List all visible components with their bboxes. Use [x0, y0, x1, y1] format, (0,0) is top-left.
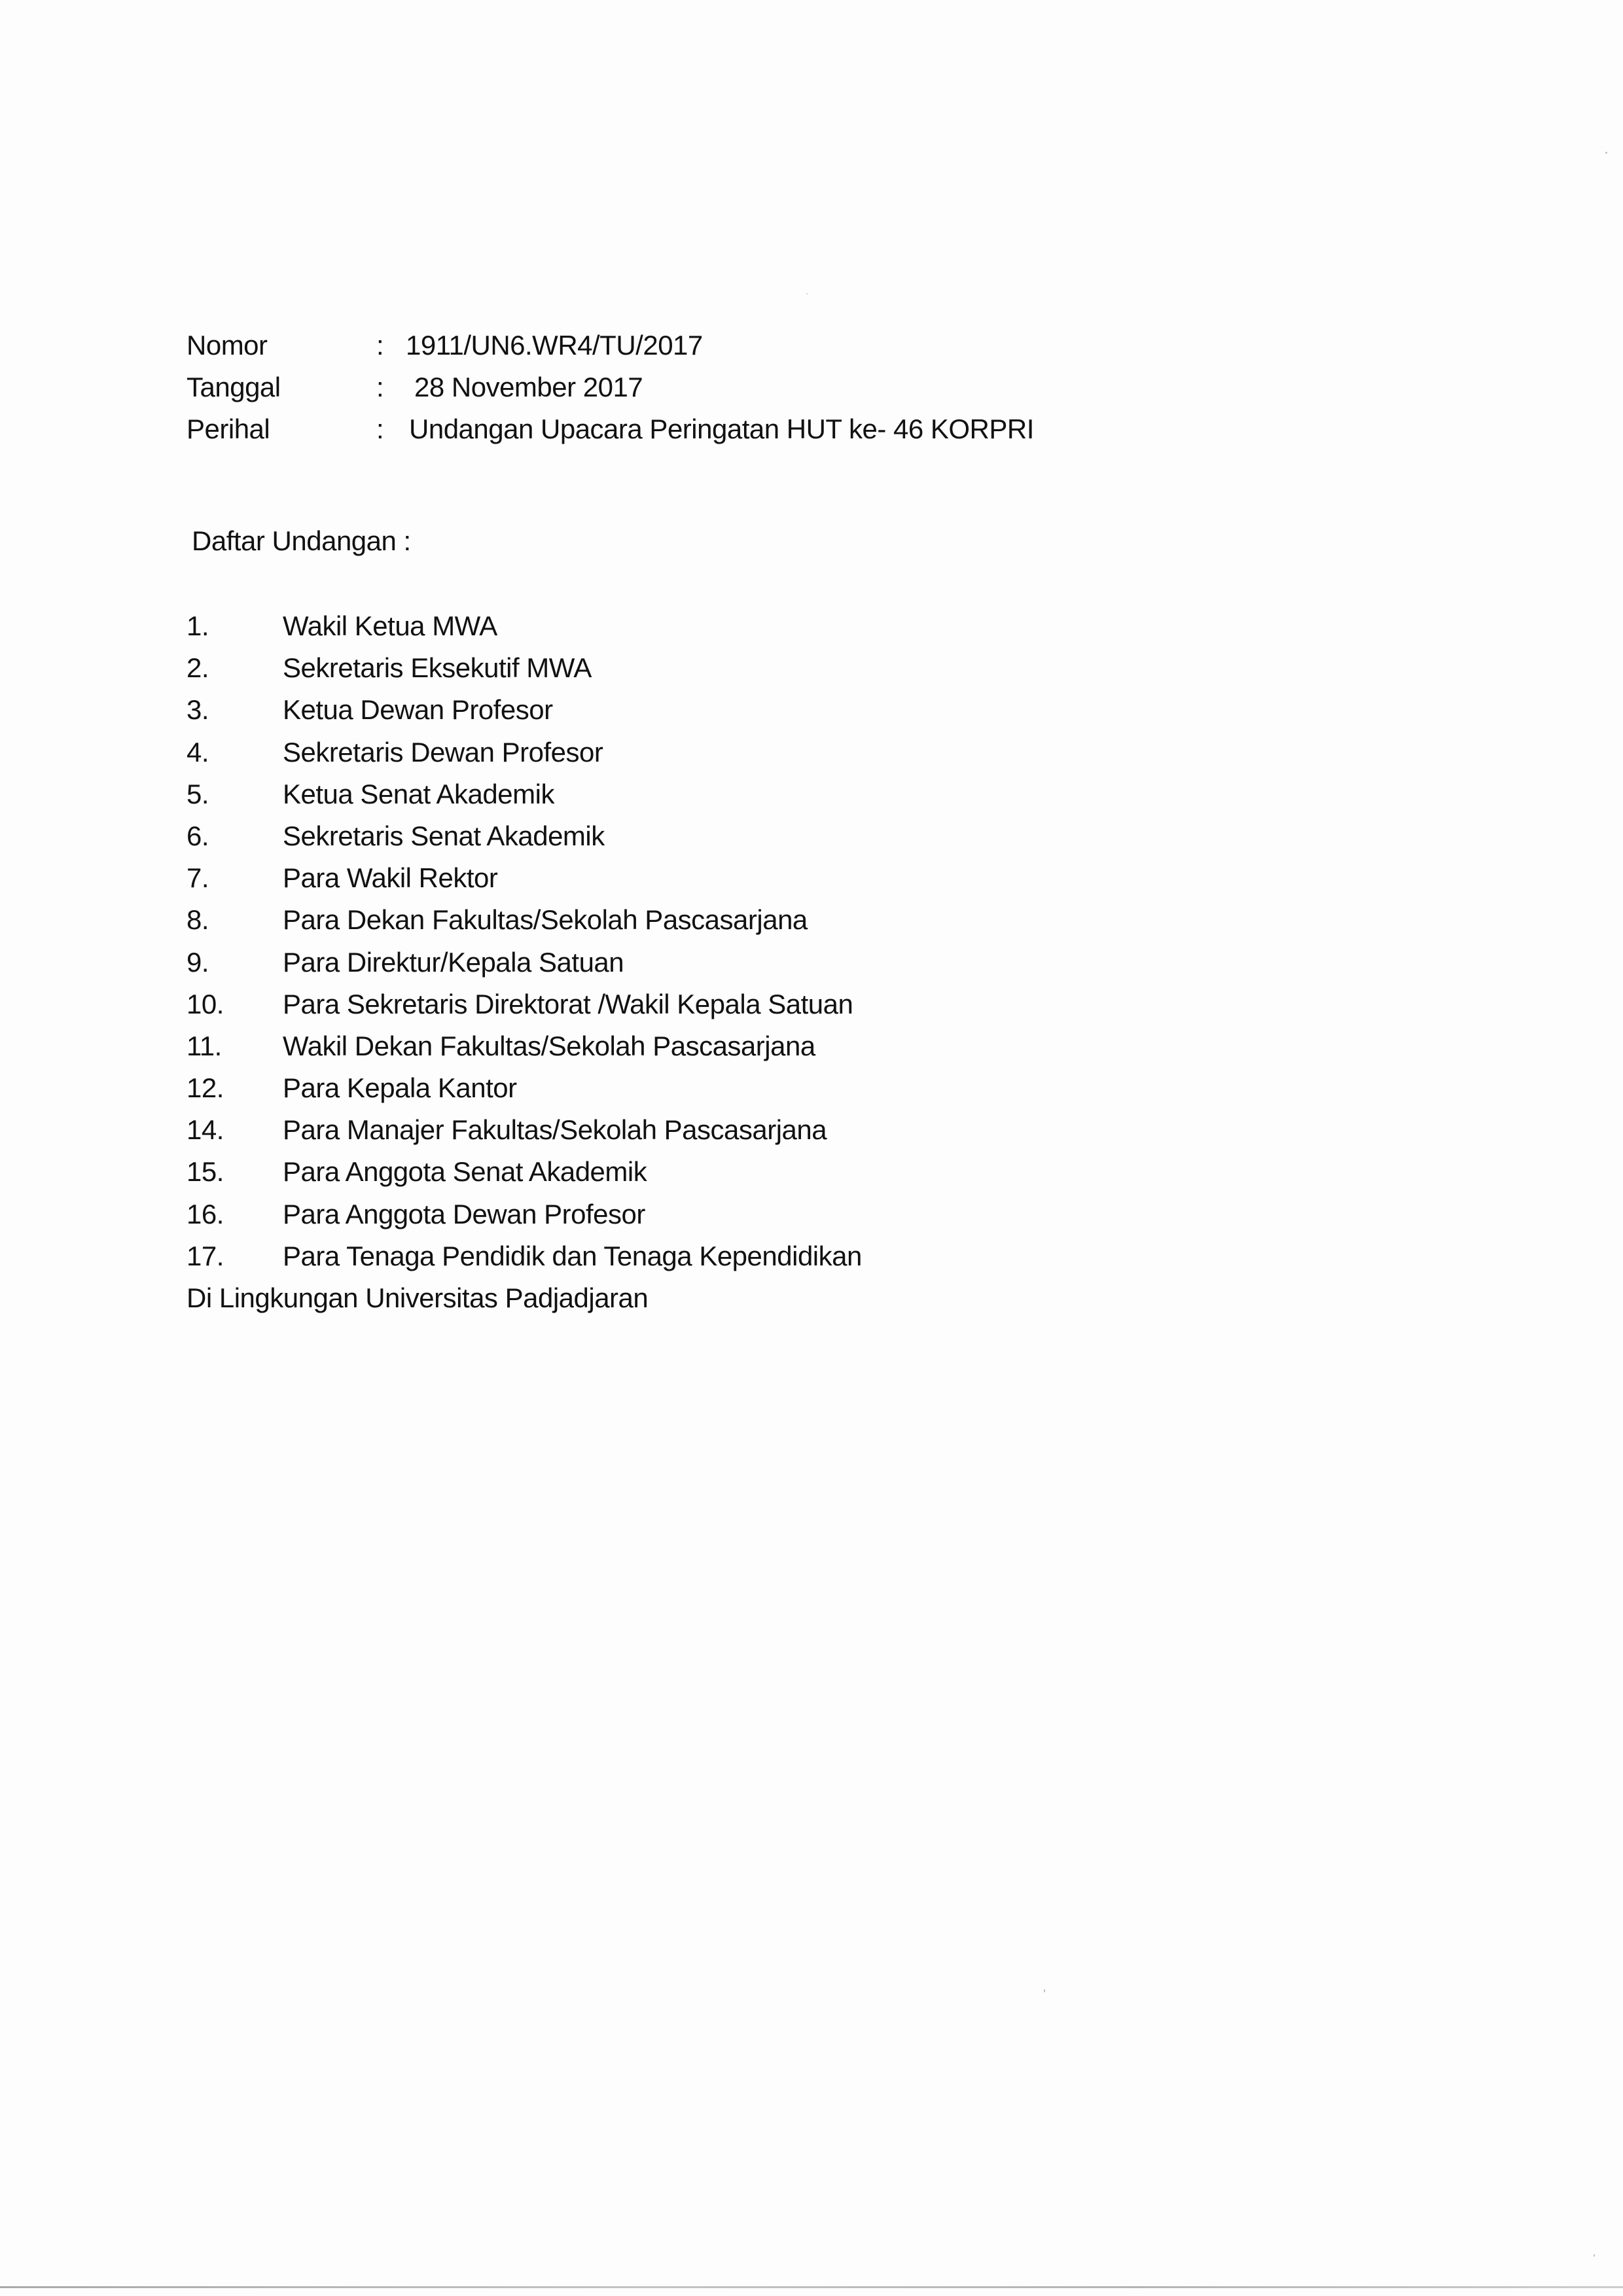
- closing-line: Di Lingkungan Universitas Padjadjaran: [187, 1277, 648, 1319]
- invitee-name: Wakil Ketua MWA: [283, 605, 497, 647]
- scan-speck: [1594, 2254, 1595, 2257]
- meta-label: Nomor: [187, 325, 268, 366]
- invitee-name: Para Sekretaris Direktorat /Wakil Kepala…: [283, 983, 853, 1025]
- invitee-name: Para Manajer Fakultas/Sekolah Pascasarja…: [283, 1109, 827, 1151]
- invitee-name: Sekretaris Eksekutif MWA: [283, 647, 592, 689]
- invitee-number: 6.: [187, 815, 209, 857]
- scan-speck: [806, 293, 808, 294]
- invitee-number: 10.: [187, 983, 224, 1025]
- scanned-page: Nomor : 1911/UN6.WR4/TU/2017 Tanggal : 2…: [0, 0, 1623, 2296]
- invitee-number: 3.: [187, 689, 209, 731]
- scan-speck: [1044, 1989, 1045, 1992]
- invitee-name: Para Anggota Senat Akademik: [283, 1151, 647, 1193]
- invitee-number: 4.: [187, 732, 209, 773]
- letter-number: 1911/UN6.WR4/TU/2017: [406, 325, 703, 366]
- letter-subject: Undangan Upacara Peringatan HUT ke- 46 K…: [409, 408, 1034, 450]
- invitee-number: 17.: [187, 1235, 224, 1277]
- invitee-number: 9.: [187, 942, 209, 983]
- meta-label: Tanggal: [187, 366, 281, 408]
- invitee-name: Sekretaris Senat Akademik: [283, 815, 605, 857]
- invitee-list-heading: Daftar Undangan :: [192, 520, 411, 562]
- invitee-number: 8.: [187, 899, 209, 941]
- invitee-name: Sekretaris Dewan Profesor: [283, 732, 603, 773]
- scan-speck: [1605, 152, 1607, 154]
- invitee-name: Para Anggota Dewan Profesor: [283, 1193, 645, 1235]
- meta-separator: :: [376, 408, 383, 450]
- invitee-number: 7.: [187, 857, 209, 899]
- invitee-number: 14.: [187, 1109, 224, 1151]
- invitee-number: 2.: [187, 647, 209, 689]
- invitee-number: 15.: [187, 1151, 224, 1193]
- invitee-name: Para Direktur/Kepala Satuan: [283, 942, 624, 983]
- invitee-name: Para Kepala Kantor: [283, 1067, 517, 1109]
- letter-date: 28 November 2017: [414, 366, 643, 408]
- invitee-number: 5.: [187, 773, 209, 815]
- invitee-number: 11.: [187, 1025, 222, 1067]
- meta-separator: :: [376, 325, 383, 366]
- invitee-name: Wakil Dekan Fakultas/Sekolah Pascasarjan…: [283, 1025, 815, 1067]
- invitee-number: 1.: [187, 605, 209, 647]
- invitee-name: Para Dekan Fakultas/Sekolah Pascasarjana: [283, 899, 808, 941]
- invitee-name: Para Wakil Rektor: [283, 857, 497, 899]
- invitee-number: 16.: [187, 1193, 224, 1235]
- meta-label: Perihal: [187, 408, 270, 450]
- invitee-number: 12.: [187, 1067, 224, 1109]
- invitee-name: Ketua Senat Akademik: [283, 773, 554, 815]
- meta-separator: :: [376, 366, 383, 408]
- invitee-name: Para Tenaga Pendidik dan Tenaga Kependid…: [283, 1235, 862, 1277]
- invitee-name: Ketua Dewan Profesor: [283, 689, 553, 731]
- scanner-edge-line: [0, 2286, 1623, 2288]
